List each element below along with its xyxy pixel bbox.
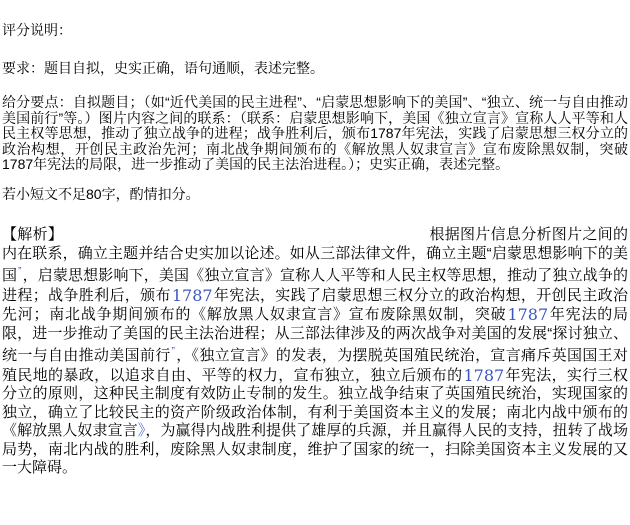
scoring-section: 评分说明： 要求：题目自拟，史实正确，语句通顺，表述完整。 给分要点：自拟题目；… [2, 23, 628, 202]
scoring-points: 给分要点：自拟题目；（如“近代美国的民主进程”、“启蒙思想影响下的美国”、“独立… [2, 95, 628, 173]
exam-scoring-document: 评分说明： 要求：题目自拟，史实正确，语句通顺，表述完整。 给分要点：自拟题目；… [0, 0, 630, 478]
scoring-requirement: 要求：题目自拟，史实正确，语句通顺，表述完整。 [2, 61, 628, 77]
analysis-label: 【解析】 [2, 226, 63, 243]
analysis-label-gap [63, 238, 429, 239]
analysis-section: 【解析】根据图片信息分析图片之间的内在联系，确立主题并结合史实加以论述。如从三部… [2, 226, 628, 478]
analysis-blue-num: 1787 [171, 286, 214, 305]
analysis-paragraph: 【解析】根据图片信息分析图片之间的内在联系，确立主题并结合史实加以论述。如从三部… [2, 226, 628, 478]
scoring-title: 评分说明： [2, 23, 628, 39]
deduction-note: 若小短文不足80字，酌情扣分。 [2, 187, 628, 203]
analysis-blue-num: 1787 [506, 305, 549, 324]
analysis-blue-num: 1787 [462, 366, 505, 385]
analysis-body: 根据图片信息分析图片之间的内在联系，确立主题并结合史实加以论述。如从三部法律文件… [2, 226, 628, 476]
